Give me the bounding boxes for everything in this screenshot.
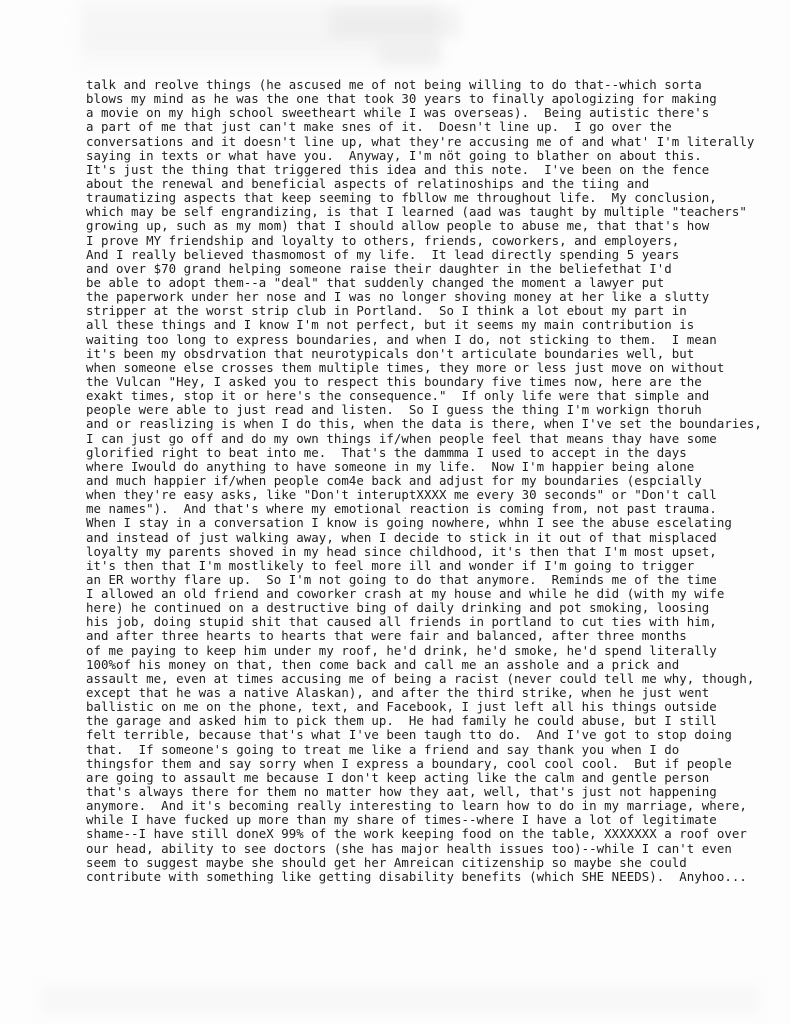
- text-line: seem to suggest maybe she should get her…: [86, 856, 786, 870]
- text-line: and or reaslizing is when I do this, whe…: [86, 417, 786, 431]
- text-line: blows my mind as he was the one that too…: [86, 92, 786, 106]
- text-line: ballistic on me on the phone, text, and …: [86, 700, 786, 714]
- text-line: growing up, such as my mom) that I shoul…: [86, 219, 786, 233]
- text-line: me names"). And that's where my emotiona…: [86, 502, 786, 516]
- text-line: people were able to just read and listen…: [86, 403, 786, 417]
- text-line: about the renewal and beneficial aspects…: [86, 177, 786, 191]
- text-line: our head, ability to see doctors (she ha…: [86, 842, 786, 856]
- text-line: when someone else crosses them multiple …: [86, 361, 786, 375]
- text-line: assault me, even at times accusing me of…: [86, 672, 786, 686]
- text-line: when they're easy asks, like "Don't inte…: [86, 488, 786, 502]
- text-line: conversations and it doesn't line up, wh…: [86, 135, 786, 149]
- text-line: When I stay in a conversation I know is …: [86, 516, 786, 530]
- text-line: an ER worthy flare up. So I'm not going …: [86, 573, 786, 587]
- text-line: exakt times, stop it or here's the conse…: [86, 389, 786, 403]
- text-line: that. If someone's going to treat me lik…: [86, 743, 786, 757]
- text-line: the Vulcan "Hey, I asked you to respect …: [86, 375, 786, 389]
- text-line: and after three hearts to hearts that we…: [86, 629, 786, 643]
- text-line: are going to assault me because I don't …: [86, 771, 786, 785]
- text-line: felt terrible, because that's what I've …: [86, 728, 786, 742]
- text-line: be able to adopt them--a "deal" that sud…: [86, 276, 786, 290]
- text-line: it's been my obsdrvation that neurotypic…: [86, 347, 786, 361]
- text-line: and over $70 grand helping someone raise…: [86, 262, 786, 276]
- show-through-smudge: [330, 8, 460, 38]
- text-line: and instead of just walking away, when I…: [86, 531, 786, 545]
- text-line: here) he continued on a destructive bing…: [86, 601, 786, 615]
- text-line: It's just the thing that triggered this …: [86, 163, 786, 177]
- text-line: talk and reolve things (he ascused me of…: [86, 78, 786, 92]
- text-line: all these things and I know I'm not perf…: [86, 318, 786, 332]
- text-line: shame--I have still doneX 99% of the wor…: [86, 827, 786, 841]
- typewritten-page: talk and reolve things (he ascused me of…: [86, 78, 786, 884]
- text-line: waiting too long to express boundaries, …: [86, 333, 786, 347]
- text-line: I can just go off and do my own things i…: [86, 432, 786, 446]
- text-line: a part of me that just can't make snes o…: [86, 120, 786, 134]
- text-line: traumatizing aspects that keep seeming t…: [86, 191, 786, 205]
- text-line: thingsfor them and say sorry when I expr…: [86, 757, 786, 771]
- text-line: except that he was a native Alaskan), an…: [86, 686, 786, 700]
- text-line: that's always there for them no matter h…: [86, 785, 786, 799]
- text-line: saying in texts or what have you. Anyway…: [86, 149, 786, 163]
- show-through-smudge: [40, 985, 760, 1015]
- text-line: contribute with something like getting d…: [86, 870, 786, 884]
- text-line: his job, doing stupid shit that caused a…: [86, 615, 786, 629]
- text-line: anymore. And it's becoming really intere…: [86, 799, 786, 813]
- text-line: I prove MY friendship and loyalty to oth…: [86, 234, 786, 248]
- text-line: of me paying to keep him under my roof, …: [86, 644, 786, 658]
- text-line: glorified right to beat into me. That's …: [86, 446, 786, 460]
- show-through-smudge: [380, 45, 440, 65]
- text-line: it's then that I'm mostlikely to feel mo…: [86, 559, 786, 573]
- text-line: and much happier if/when people com4e ba…: [86, 474, 786, 488]
- text-line: I allowed an old friend and coworker cra…: [86, 587, 786, 601]
- text-line: a movie on my high school sweetheart whi…: [86, 106, 786, 120]
- text-line: the garage and asked him to pick them up…: [86, 714, 786, 728]
- text-line: where Iwould do anything to have someone…: [86, 460, 786, 474]
- text-line: the paperwork under her nose and I was n…: [86, 290, 786, 304]
- text-line: while I have fucked up more than my shar…: [86, 813, 786, 827]
- text-line: 100%of his money on that, then come back…: [86, 658, 786, 672]
- text-line: which may be self engrandizing, is that …: [86, 205, 786, 219]
- text-line: And I really believed thasmomost of my l…: [86, 248, 786, 262]
- text-line: loyalty my parents shoved in my head sin…: [86, 545, 786, 559]
- text-line: stripper at the worst strip club in Port…: [86, 304, 786, 318]
